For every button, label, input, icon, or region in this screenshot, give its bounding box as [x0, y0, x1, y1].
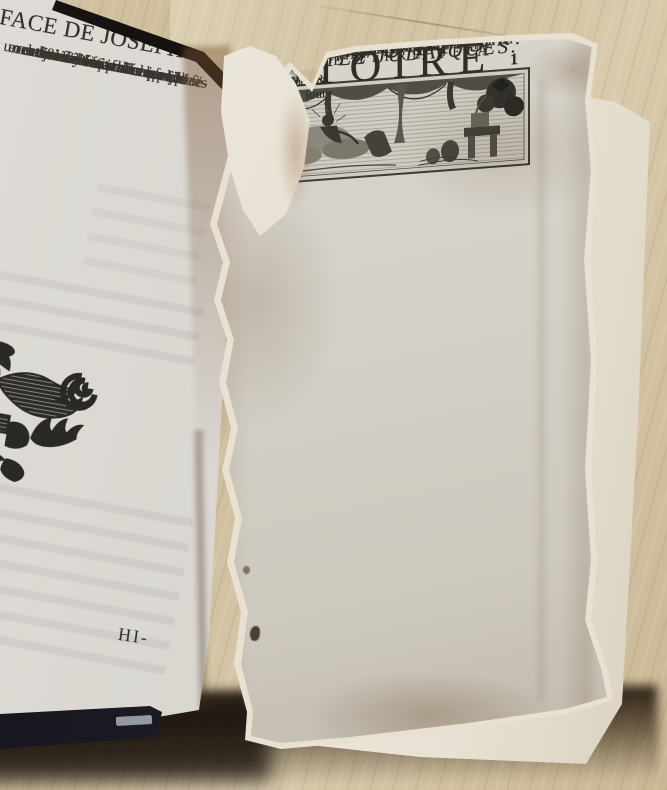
- gathering-mark: A: [477, 42, 489, 61]
- paper-fold-line: [538, 80, 545, 700]
- open-book-photo: 13 de es 'e s 9. FACE DE JOSEPH. un deſi…: [0, 0, 667, 790]
- tailpiece-ornament: [0, 330, 118, 504]
- catchword-left: HI-: [117, 624, 151, 649]
- binding-label-speck: [116, 715, 152, 726]
- ink-blot: [250, 626, 260, 641]
- ink-blot: [243, 566, 250, 574]
- show-through-text: [0, 482, 194, 675]
